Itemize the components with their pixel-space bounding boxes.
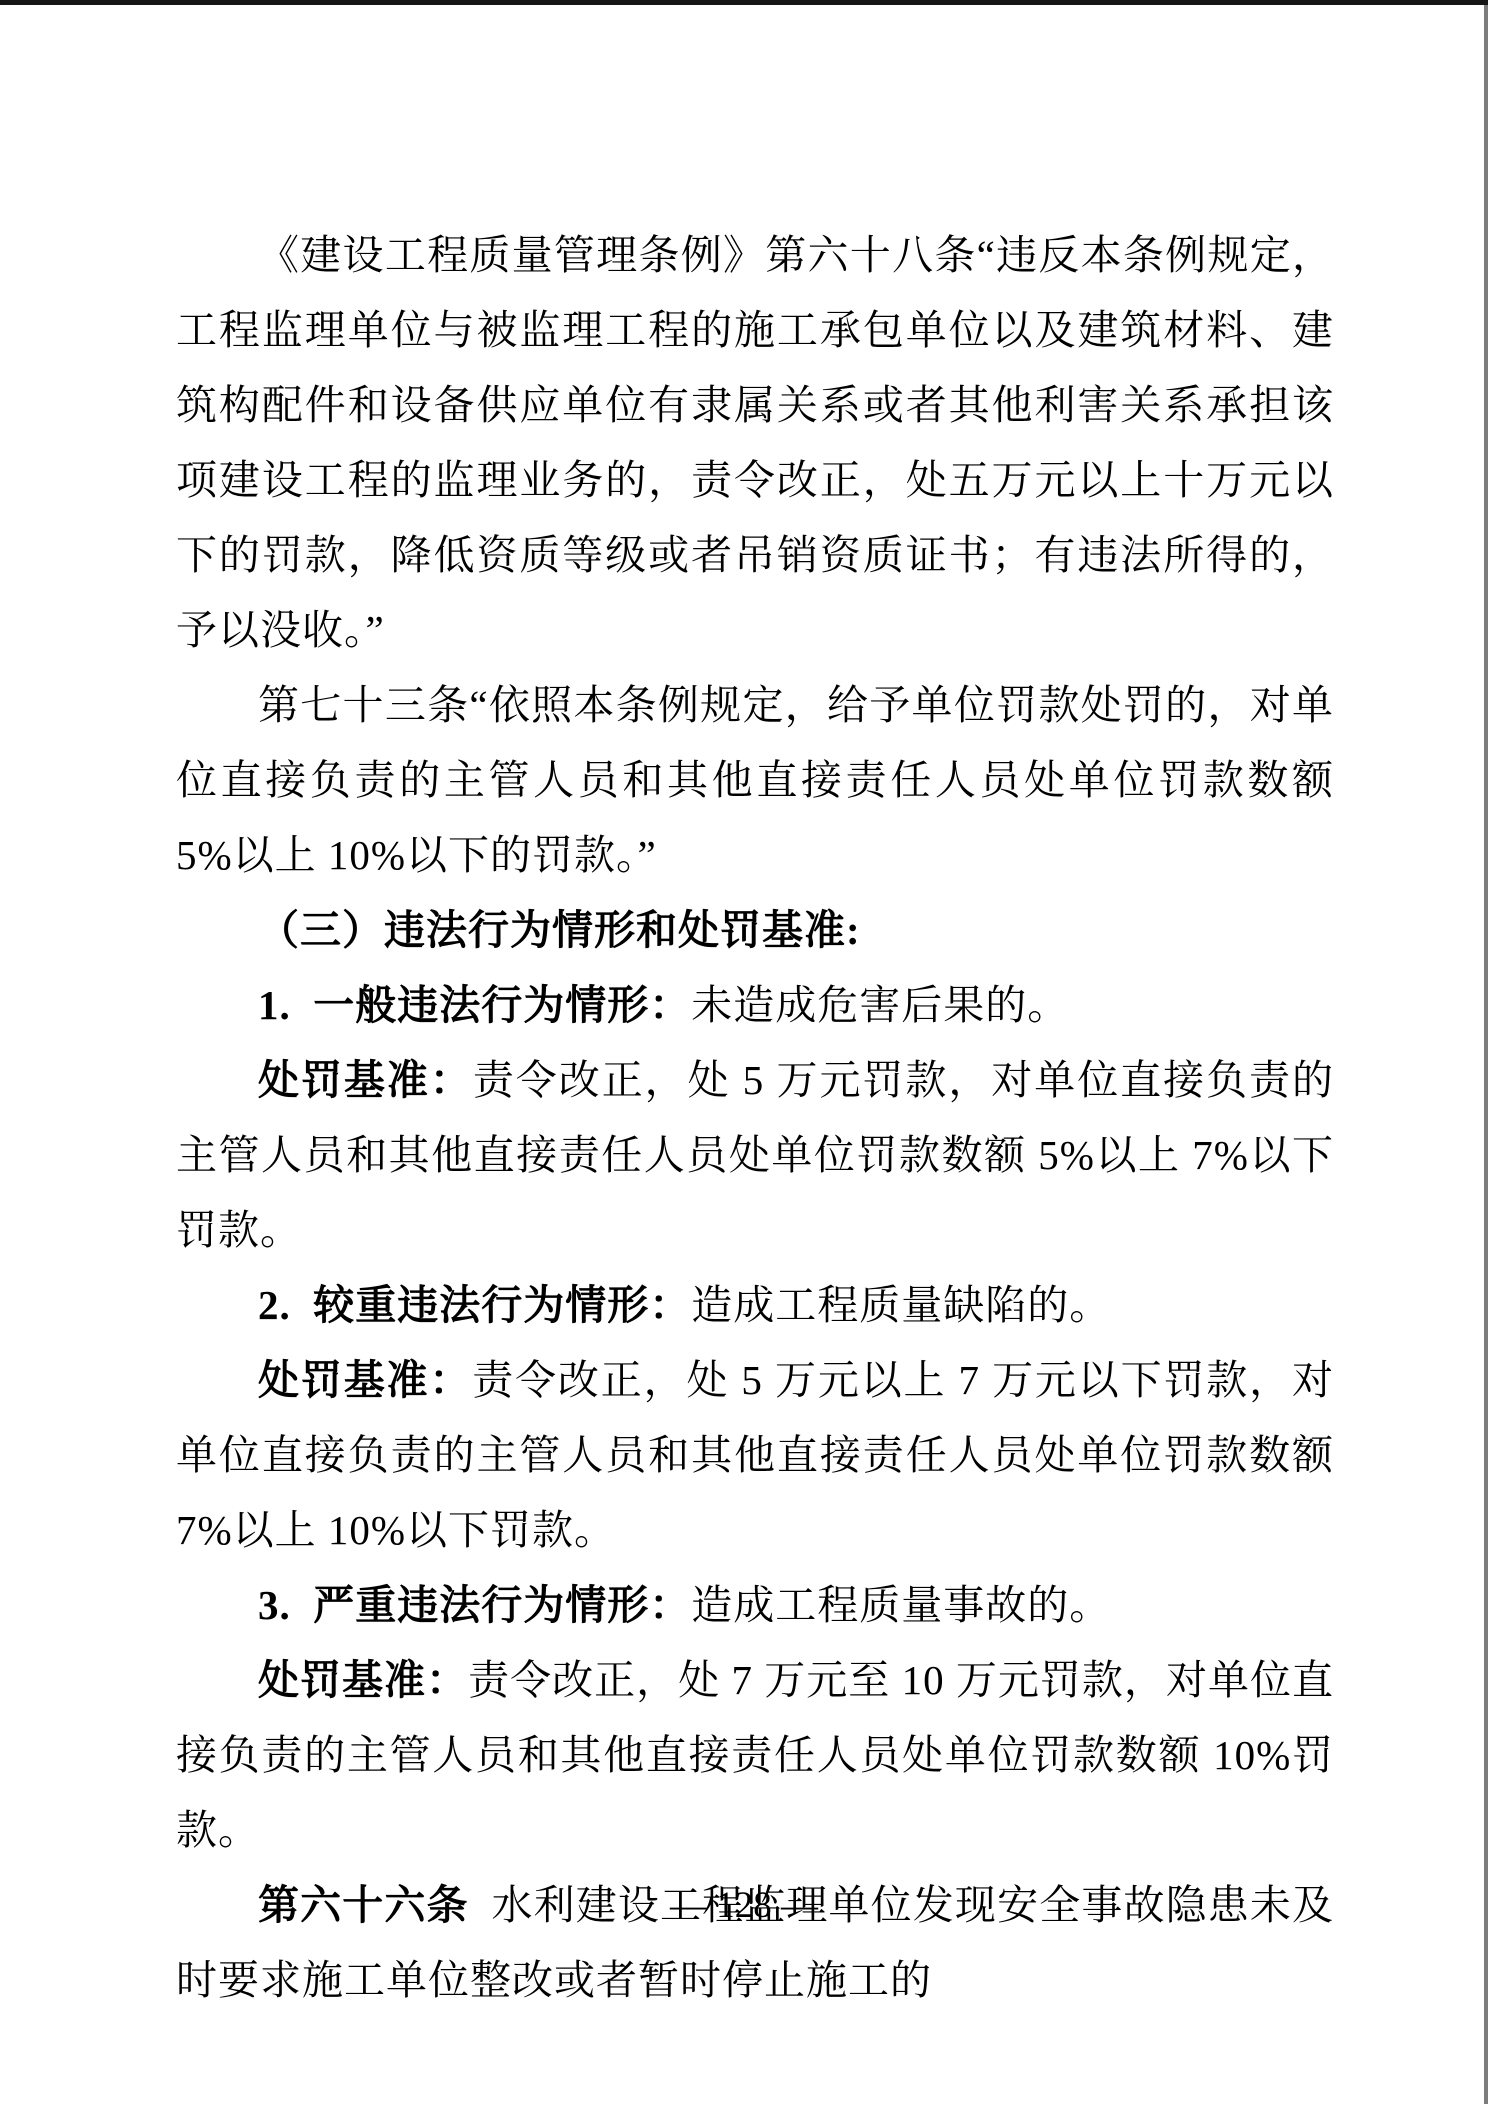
text-run-bold: 处罚基准： <box>258 1057 473 1103</box>
para-penalty-3: 处罚基准：责令改正，处 7 万元至 10 万元罚款，对单位直接负责的主管人员和其… <box>176 1643 1334 1868</box>
document-body: 《建设工程质量管理条例》第六十八条“违反本条例规定，工程监理单位与被监理工程的施… <box>176 218 1334 2018</box>
text-run: 造成工程质量缺陷的。 <box>691 1282 1111 1328</box>
para-case-3: 3. 严重违法行为情形：造成工程质量事故的。 <box>176 1568 1334 1643</box>
page-right-border <box>1484 0 1488 2104</box>
text-run-bold: 3. 严重违法行为情形： <box>258 1582 691 1628</box>
text-run-bold: 1. 一般违法行为情形： <box>258 982 691 1028</box>
para-regulation-article-68: 《建设工程质量管理条例》第六十八条“违反本条例规定，工程监理单位与被监理工程的施… <box>176 218 1334 668</box>
text-run: 第七十三条“依照本条例规定，给予单位罚款处罚的，对单位直接负责的主管人员和其他直… <box>176 682 1345 878</box>
text-run: 《建设工程质量管理条例》第六十八条“违反本条例规定，工程监理单位与被监理工程的施… <box>176 232 1334 653</box>
para-penalty-1: 处罚基准：责令改正，处 5 万元罚款，对单位直接负责的主管人员和其他直接责任人员… <box>176 1043 1334 1268</box>
page-top-border <box>0 0 1488 5</box>
document-page: 《建设工程质量管理条例》第六十八条“违反本条例规定，工程监理单位与被监理工程的施… <box>0 0 1488 2104</box>
page-number: — 128 — <box>670 1885 818 1926</box>
text-run-bold: 处罚基准： <box>258 1357 472 1403</box>
para-case-2: 2. 较重违法行为情形：造成工程质量缺陷的。 <box>176 1268 1334 1343</box>
para-case-1: 1. 一般违法行为情形：未造成危害后果的。 <box>176 968 1334 1043</box>
text-run-bold: （三）违法行为情形和处罚基准: <box>258 907 861 953</box>
text-run: 造成工程质量事故的。 <box>691 1582 1111 1628</box>
text-run-bold: 处罚基准： <box>258 1657 468 1703</box>
para-penalty-2: 处罚基准：责令改正，处 5 万元以上 7 万元以下罚款，对单位直接负责的主管人员… <box>176 1343 1334 1568</box>
text-run-bold: 2. 较重违法行为情形： <box>258 1282 691 1328</box>
para-regulation-article-73: 第七十三条“依照本条例规定，给予单位罚款处罚的，对单位直接负责的主管人员和其他直… <box>176 668 1334 893</box>
para-heading-section-3: （三）违法行为情形和处罚基准: <box>176 893 1334 968</box>
page-footer: — 128 — <box>0 1882 1488 1930</box>
text-run: 未造成危害后果的。 <box>691 982 1069 1028</box>
